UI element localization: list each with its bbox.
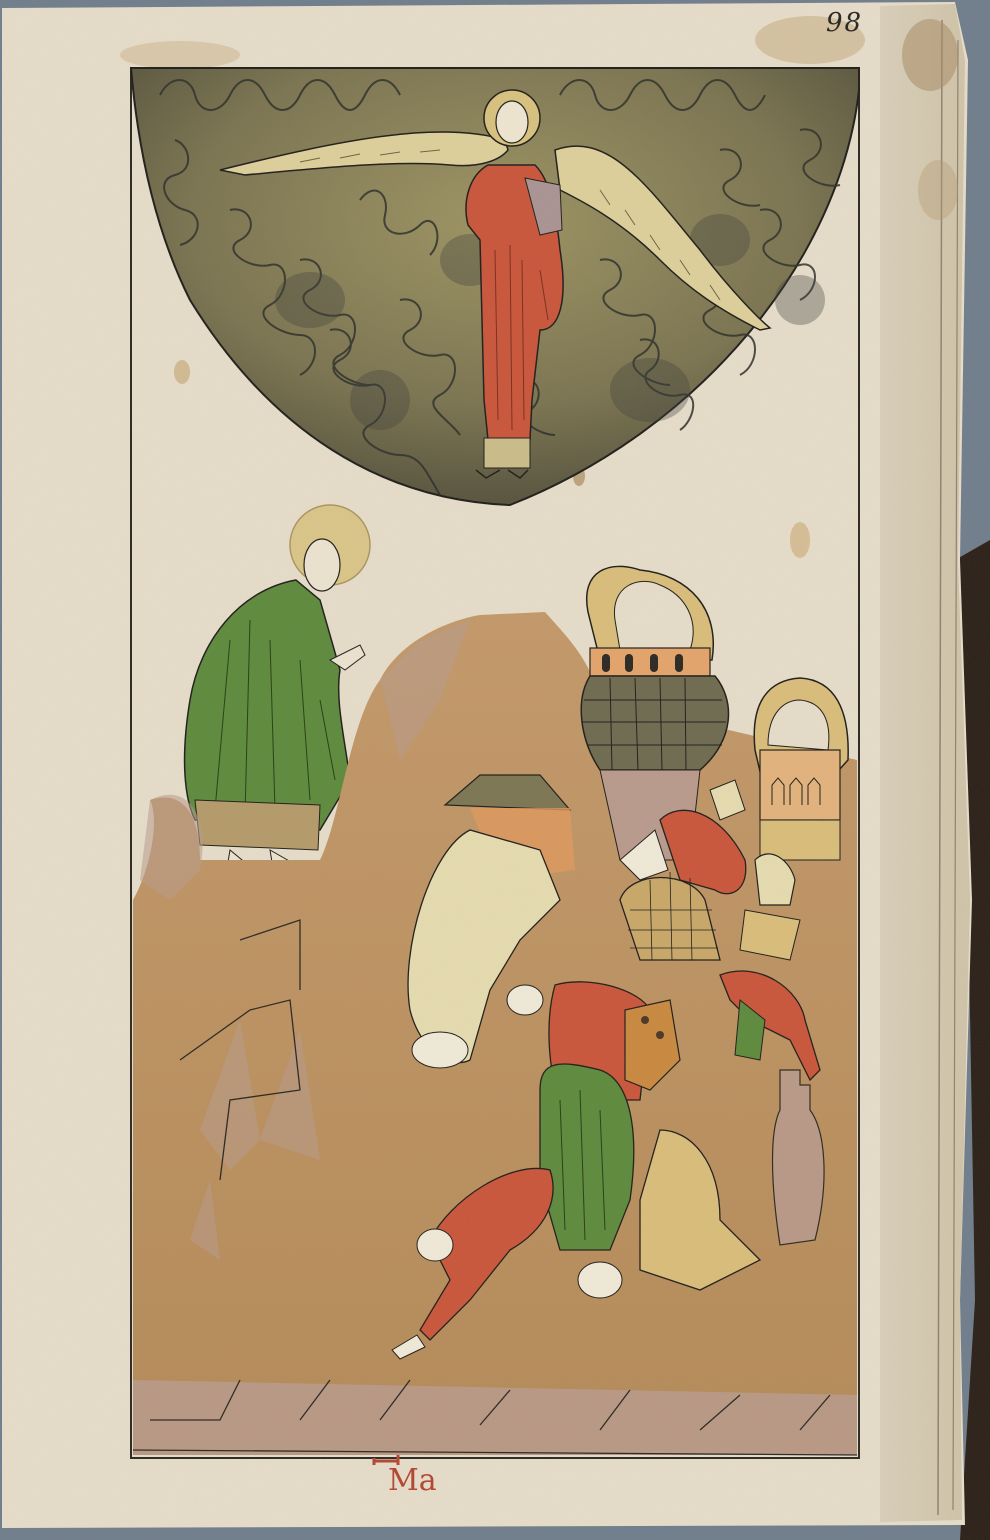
- folio-number: 98: [826, 8, 863, 38]
- manuscript-illustration: [0, 0, 990, 1540]
- manuscript-page: 98 Ма: [0, 0, 990, 1540]
- parchment-grain: [0, 0, 990, 1540]
- gathering-signature: Ма: [388, 1466, 437, 1496]
